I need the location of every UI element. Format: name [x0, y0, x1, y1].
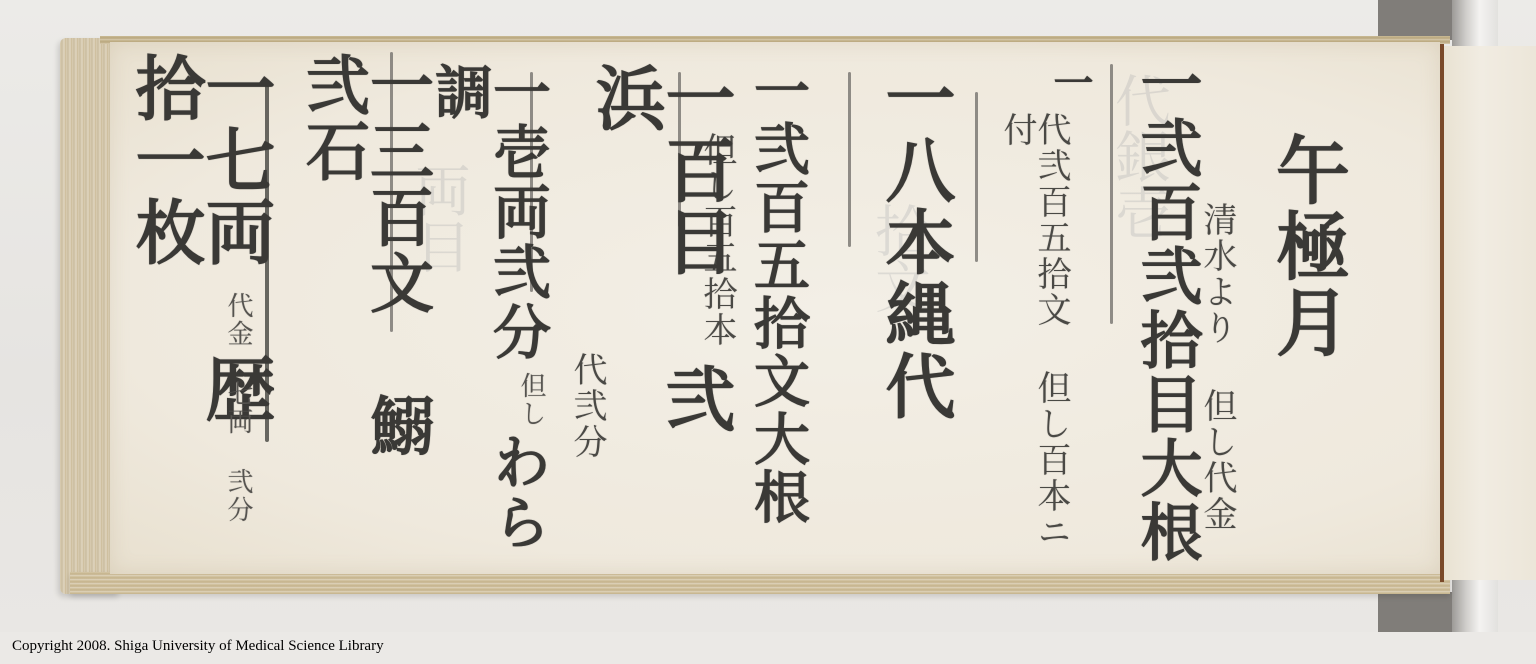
column-7-text: 一壱両弐分 わら 調 — [430, 62, 546, 574]
column-3-note: 代弐百五拾文 但し百本ニ付 — [1000, 112, 1068, 574]
manuscript-page-right — [1444, 46, 1536, 580]
column-4-text: 一八本縄代 — [880, 62, 950, 422]
display-stand-bottom — [1378, 592, 1454, 632]
column-1-text: 午極月 — [1270, 132, 1344, 360]
column-6-note: 代弐分 — [570, 352, 604, 460]
column-divider — [1110, 64, 1113, 324]
copyright-caption: Copyright 2008. Shiga University of Medi… — [12, 638, 384, 655]
column-2-text: 一弐百弐拾目大根 — [1135, 52, 1197, 564]
column-5-text: 一弐百五拾文大根 — [750, 62, 806, 526]
column-6-text: 一百目 弐 浜 — [590, 62, 730, 574]
column-divider — [975, 92, 978, 262]
column-7-note: 但し — [518, 372, 544, 428]
display-stand-top — [1378, 0, 1454, 40]
column-divider — [848, 72, 851, 247]
column-9-note: 代金 七両 弐分 — [225, 292, 251, 524]
manuscript-page-left: 代銀壱 拾文 両目 午極月 一弐百弐拾目大根 清水より 但し代金 一 代弐百五拾… — [110, 42, 1440, 574]
column-3-mark: 一 — [1050, 62, 1090, 104]
column-8-text: 一三百文 鰯 弐石 — [300, 52, 428, 574]
book-bottom-edge — [70, 572, 1450, 594]
column-2-note: 清水より 但し代金 — [1200, 202, 1234, 532]
